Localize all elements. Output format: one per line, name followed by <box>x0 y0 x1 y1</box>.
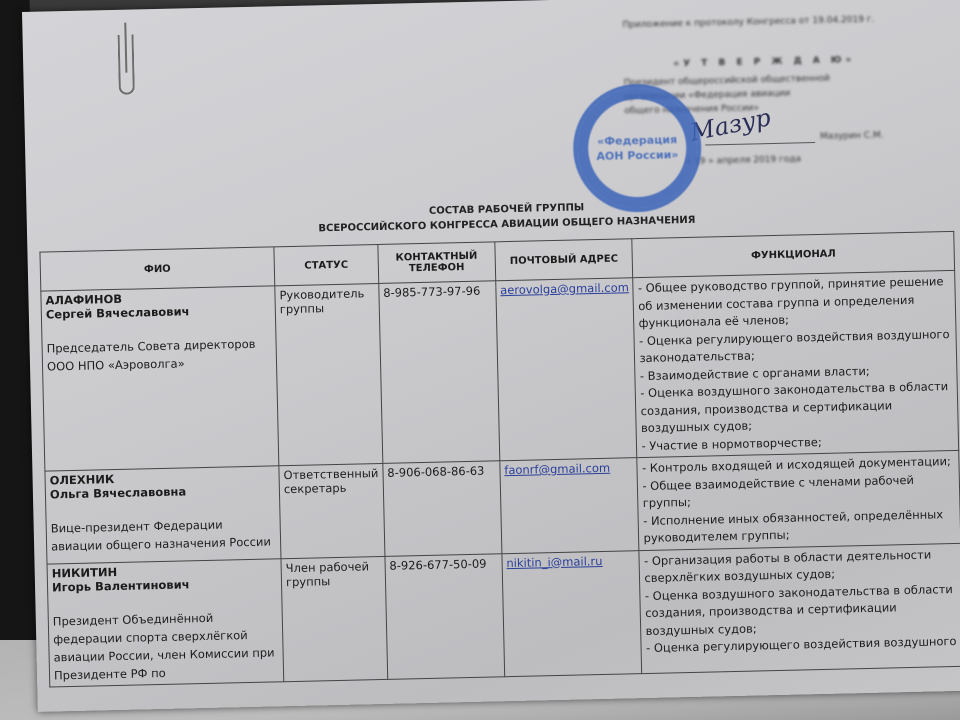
cell-fio: АЛАФИНОВ Сергей Вячеславович Председател… <box>41 286 279 471</box>
member-position: Председатель Совета директоров ООО НПО «… <box>46 334 272 375</box>
cell-status: Член рабочей группы <box>281 556 388 681</box>
signature-line <box>705 142 815 145</box>
cell-phone: 8-926-677-50-09 <box>385 553 505 679</box>
column-header-fio: ФИО <box>40 247 275 291</box>
cell-functions: - Контроль входящей и исходящей документ… <box>637 450 960 550</box>
column-header-phone: КОНТАКТНЫЙ ТЕЛЕФОН <box>378 242 496 284</box>
working-group-table: ФИО СТАТУС КОНТАКТНЫЙ ТЕЛЕФОН ПОЧТОВЫЙ А… <box>39 231 960 687</box>
paperclip-icon <box>118 34 135 94</box>
stamp-line: АОН России» <box>596 147 678 164</box>
function-item: - Оценка воздушного законодательства в о… <box>640 378 954 438</box>
table-row: АЛАФИНОВ Сергей Вячеславович Председател… <box>41 270 959 471</box>
function-item: - Общее руководство группой, принятие ре… <box>638 273 952 333</box>
function-item: - Оценка воздушного законодательства в о… <box>645 580 959 640</box>
member-position: Президент Объединённой федерации спорта … <box>53 607 280 684</box>
signer-name: Мазурин С.М. <box>820 130 884 141</box>
column-header-status: СТАТУС <box>274 244 379 285</box>
cell-email: nikitin_i@mail.ru <box>502 550 642 676</box>
email-link[interactable]: nikitin_i@mail.ru <box>506 553 602 569</box>
cell-email: aerovolga@gmail.com <box>496 278 638 461</box>
cell-fio: НИКИТИН Игорь Валентинович Президент Объ… <box>47 558 284 686</box>
cell-functions: - Организация работы в области деятельно… <box>639 543 960 673</box>
email-link[interactable]: faonrf@gmail.com <box>504 461 610 477</box>
function-item: - Исполнение иных обязанностей, определё… <box>643 505 956 547</box>
cell-status: Ответственный секретарь <box>279 463 385 558</box>
cell-email: faonrf@gmail.com <box>500 458 640 554</box>
table-row: НИКИТИН Игорь Валентинович Президент Объ… <box>47 543 960 687</box>
member-position: Вице-президент Федерации авиации общего … <box>51 514 277 555</box>
approval-heading: «У Т В Е Р Ж Д А Ю» <box>673 55 855 69</box>
cell-fio: ОЛЕХНИК Ольга Вячеславовна Вице-президен… <box>45 466 281 564</box>
annex-note: Приложение к протоколу Конгресса от 19.0… <box>622 15 874 31</box>
cell-functions: - Общее руководство группой, принятие ре… <box>633 270 959 457</box>
cell-phone: 8-906-068-86-63 <box>383 461 502 556</box>
cell-phone: 8-985-773-97-96 <box>379 281 500 464</box>
document-sheet: Приложение к протоколу Конгресса от 19.0… <box>22 0 960 712</box>
email-link[interactable]: aerovolga@gmail.com <box>500 280 629 297</box>
approval-date: « 19 » апреля 2019 года <box>685 154 801 167</box>
column-header-email: ПОЧТОВЫЙ АДРЕС <box>495 239 634 281</box>
cell-status: Руководитель группы <box>275 283 383 465</box>
